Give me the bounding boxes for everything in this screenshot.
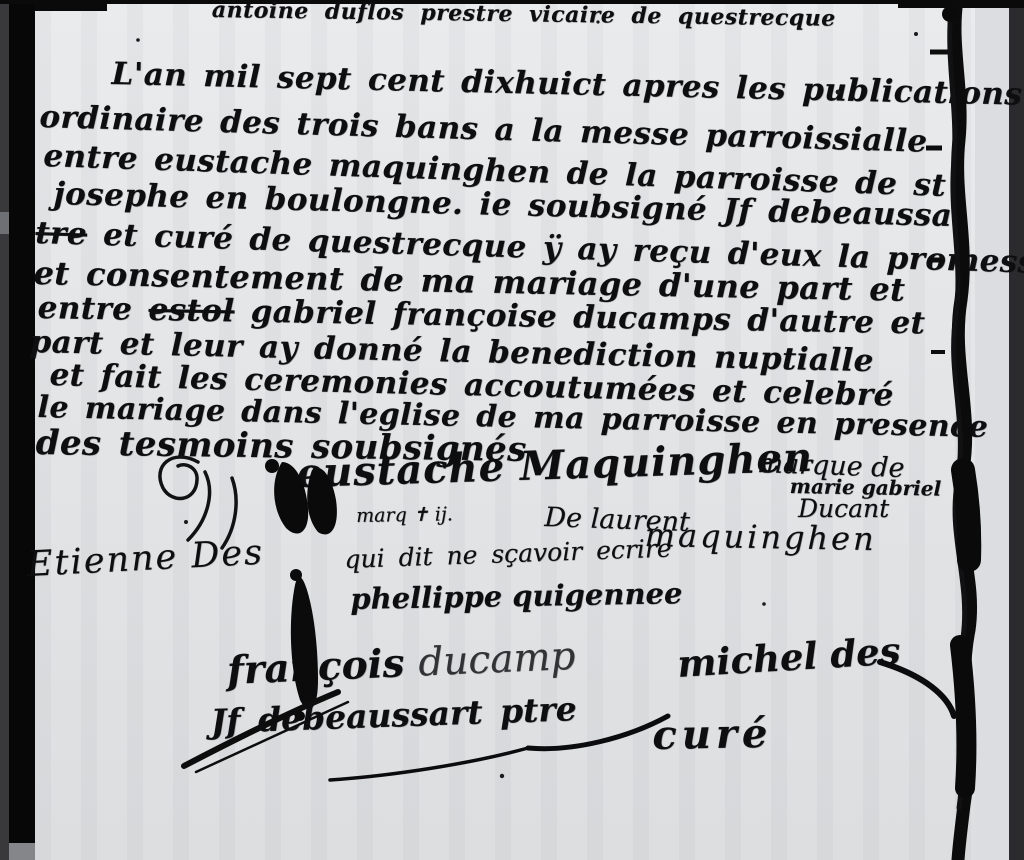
- right-scan-edge: [1009, 0, 1024, 860]
- left-edge-notch: [0, 212, 9, 234]
- signature-phellippe: phellippe quigennee: [350, 576, 683, 616]
- top-right-black-wedge: [898, 0, 1024, 8]
- struck-word: estol: [148, 292, 235, 329]
- mark-annotation: marq ✝ ij.: [356, 503, 453, 527]
- left-scan-edge: [0, 0, 9, 860]
- scanned-register-page: antoine duflos prestre vicaire de questr…: [0, 0, 1024, 860]
- left-border-bar-foot: [9, 843, 35, 860]
- top-left-black-wedge: [35, 0, 107, 11]
- mark-block-line-3: Ducant: [798, 494, 889, 523]
- left-border-bar: [9, 0, 35, 843]
- struck-word: tre: [35, 215, 88, 253]
- signature-cure: curé: [652, 710, 773, 759]
